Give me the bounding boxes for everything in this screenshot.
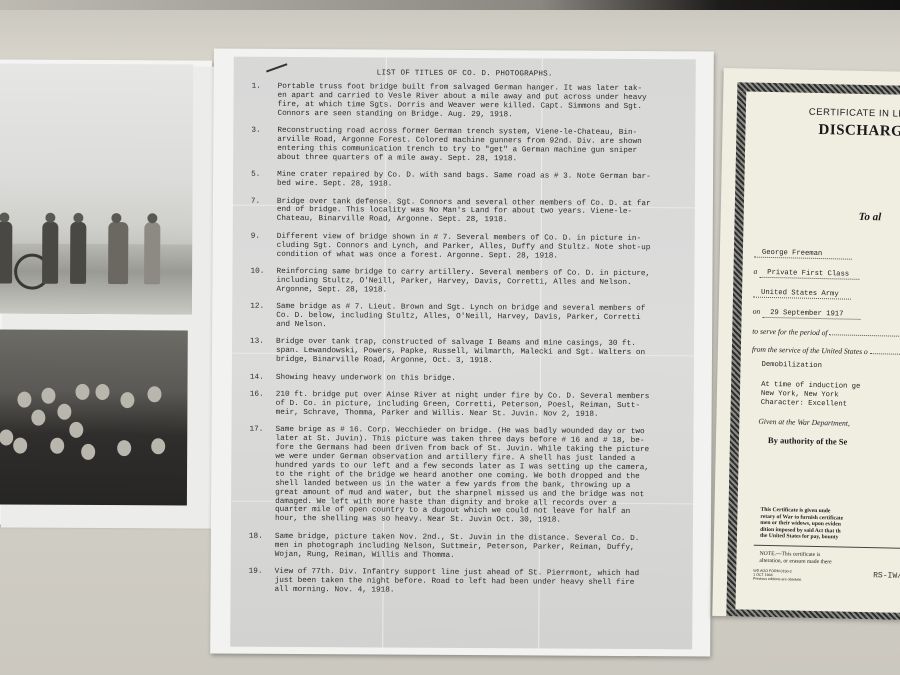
document-title: LIST OF TITLES OF CO. D. PHOTOGRAPHS. xyxy=(234,69,696,80)
photo-title-item: 14.Showing heavy underwork on this bridg… xyxy=(250,373,670,384)
photo-title-item: 1.Portable truss foot bridge built from … xyxy=(251,83,671,121)
discharge-certificate: CERTIFICATE IN LI DISCHARG To al George … xyxy=(712,68,900,620)
item-number: 16. xyxy=(250,391,276,418)
certificate-field: a Private First Class xyxy=(753,267,859,280)
photo-sheet xyxy=(0,59,212,525)
item-text: Bridge over tank defense. Sgt. Connors a… xyxy=(277,197,671,226)
item-text: Showing heavy underwork on this bridge. xyxy=(276,374,670,385)
item-text: Same brige as # 16. Corp. Wecchieder on … xyxy=(275,426,670,526)
item-number: 14. xyxy=(250,373,276,382)
item-number: 17. xyxy=(249,426,276,524)
photo-group-portrait xyxy=(0,329,188,505)
item-number: 10. xyxy=(250,268,276,295)
soldier-figure xyxy=(42,222,58,284)
form-identifier: WD AGO FORM 0150-2 1 OCT 1944 Previous e… xyxy=(753,569,802,583)
item-text: Portable truss foot bridge built from sa… xyxy=(277,83,671,121)
photo-title-item: 18.Same bridge, picture taken Nov. 2nd.,… xyxy=(249,532,669,561)
typed-document: LIST OF TITLES OF CO. D. PHOTOGRAPHS. 1.… xyxy=(230,57,696,650)
photo-title-item: 17.Same brige as # 16. Corp. Wecchieder … xyxy=(249,426,670,527)
photo-title-item: 13.Bridge over tank trap, constructed of… xyxy=(250,338,670,367)
item-number: 13. xyxy=(250,338,276,365)
residence: New York, New York xyxy=(761,390,839,400)
item-text: Bridge over tank trap, constructed of sa… xyxy=(276,338,670,367)
item-number: 3. xyxy=(251,127,277,163)
photo-title-item: 7.Bridge over tank defense. Sgt. Connors… xyxy=(251,197,671,226)
soldier-figure xyxy=(70,222,86,284)
soldier-figure xyxy=(144,222,160,284)
item-text: Same bridge, picture taken Nov. 2nd., St… xyxy=(275,533,669,562)
certificate-title: DISCHARG xyxy=(818,122,900,141)
item-number: 1. xyxy=(251,83,277,119)
background-edge xyxy=(0,0,900,10)
item-number: 19. xyxy=(249,568,275,595)
certificate-field: George Freeman xyxy=(754,247,852,260)
item-text: 210 ft. bridge put over Ainse River at n… xyxy=(276,391,670,420)
photo-title-item: 10.Reinforcing same bridge to carry arti… xyxy=(250,268,670,297)
item-number: 7. xyxy=(251,197,277,224)
photo-title-list: 1.Portable truss foot bridge built from … xyxy=(248,83,671,606)
field-value xyxy=(829,334,900,337)
certificate-fine-print: This Certificate is given unde retary of… xyxy=(760,507,843,542)
field-value xyxy=(870,353,900,356)
item-text: Mine crater repaired by Co. D. with sand… xyxy=(277,171,671,191)
photo-title-item: 19.View of 77th. Div. Infantry support l… xyxy=(249,568,669,597)
certificate-header: CERTIFICATE IN LI xyxy=(809,107,900,120)
certificate-salutation: To al xyxy=(859,211,882,223)
certificate-field: United States Army xyxy=(753,287,851,300)
photo-title-item: 16.210 ft. bridge put over Ainse River a… xyxy=(250,391,670,420)
soldier-figure xyxy=(108,222,128,284)
photo-title-item: 12.Same bridge as # 7. Lieut. Brown and … xyxy=(250,303,670,332)
soldier-figure xyxy=(0,221,12,283)
item-number: 5. xyxy=(251,171,277,189)
photo-title-item: 5.Mine crater repaired by Co. D. with sa… xyxy=(251,171,671,191)
item-number: 9. xyxy=(251,232,277,259)
item-text: View of 77th. Div. Infantry support line… xyxy=(275,568,669,597)
certificate-field: on 29 September 1917 xyxy=(753,307,861,320)
given-at-line: Given at the War Department, xyxy=(758,417,850,428)
item-number: 18. xyxy=(249,532,275,559)
authority-line: By authority of the Se xyxy=(768,435,848,447)
photo-soldiers-with-artillery xyxy=(0,63,193,314)
photo-title-item: 9.Different view of bridge shown in # 7.… xyxy=(251,232,671,261)
discharge-reason: Demobilization xyxy=(761,361,822,370)
item-text: Different view of bridge shown in # 7. S… xyxy=(277,233,671,262)
item-text: Reinforcing same bridge to carry artille… xyxy=(276,268,670,297)
item-text: Same bridge as # 7. Lieut. Brown and Sgt… xyxy=(276,303,670,332)
item-text: Reconstructing road across former German… xyxy=(277,127,671,165)
certificate-fields: George Freemana Private First ClassUnite… xyxy=(724,68,900,72)
certificate-note: NOTE.—This certificate is alteration, or… xyxy=(759,551,831,566)
item-number: 12. xyxy=(250,303,276,330)
photo-title-item: 3.Reconstructing road across former Germ… xyxy=(251,127,671,165)
form-code: RS-IW/ xyxy=(873,571,900,581)
